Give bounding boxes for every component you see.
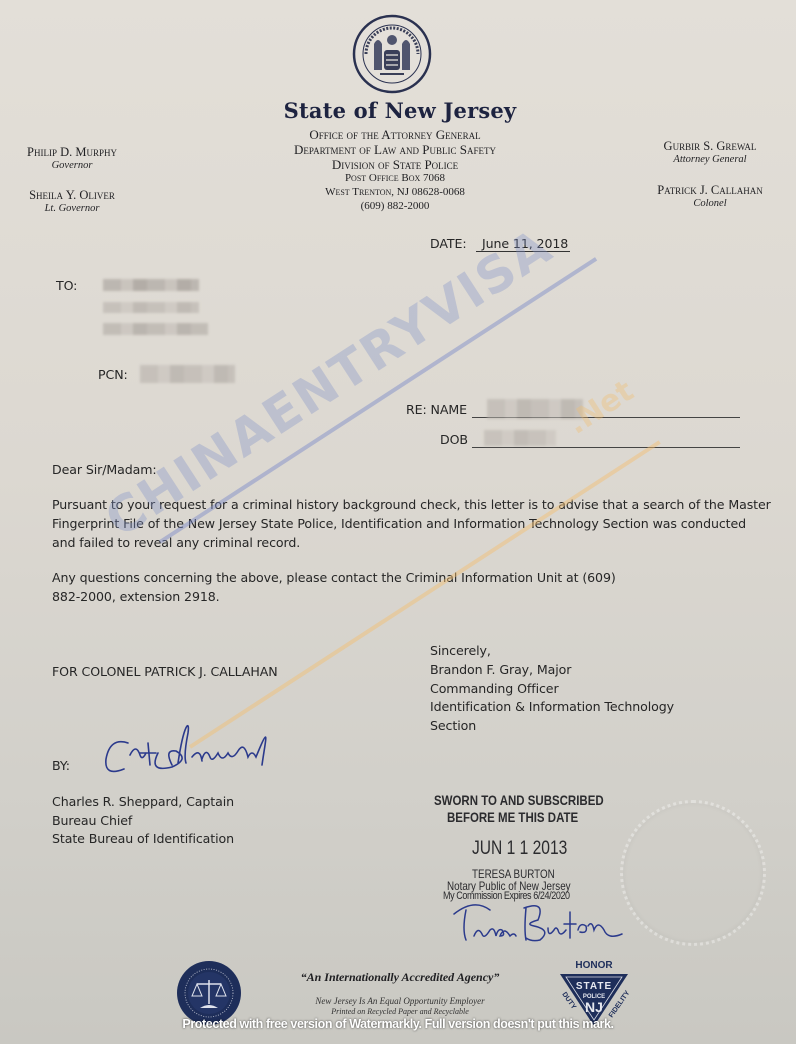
signature-block-right: Sincerely, Brandon F. Gray, Major Comman… — [430, 642, 674, 736]
re-name-label: RE: NAME — [406, 402, 467, 417]
redacted-address-line — [103, 323, 208, 335]
redacted-address-line — [103, 279, 199, 291]
official-name: Philip D. Murphy — [12, 145, 132, 160]
signer-unit-cont: Section — [430, 717, 674, 736]
notary-date: JUN 1 1 2013 — [472, 838, 567, 860]
office-name: Office of the Attorney General — [245, 127, 545, 143]
official-title: Attorney General — [640, 154, 780, 165]
redacted-address-line — [103, 302, 199, 313]
department-name: Department of Law and Public Safety — [245, 142, 545, 158]
official-name: Patrick J. Callahan — [640, 183, 780, 198]
watermark-suffix: .Net — [561, 373, 640, 441]
official-governor: Philip D. Murphy Governor — [12, 145, 132, 171]
dob-underline — [472, 447, 740, 448]
signer-name: Charles R. Sheppard, Captain — [52, 793, 234, 812]
signer-unit: State Bureau of Identification — [52, 830, 234, 849]
sheppard-signature-icon — [100, 715, 310, 785]
paragraph-line: Any questions concerning the above, plea… — [52, 568, 792, 587]
footer-accreditation: “An Internationally Accredited Agency” — [260, 970, 540, 985]
official-title: Governor — [12, 160, 132, 171]
signature-block-left: Charles R. Sheppard, Captain Bureau Chie… — [52, 793, 234, 849]
state-title: State of New Jersey — [250, 98, 550, 123]
redacted-pcn — [140, 365, 235, 383]
official-title: Lt. Governor — [12, 203, 132, 214]
official-name: Sheila Y. Oliver — [12, 188, 132, 203]
division-name: Division of State Police — [245, 157, 545, 173]
notary-sworn-line: SWORN TO AND SUBSCRIBED — [434, 792, 604, 808]
signer-title: Commanding Officer — [430, 680, 674, 699]
svg-text:STATE: STATE — [576, 981, 612, 992]
signer-unit: Identification & Information Technology — [430, 698, 674, 717]
burton-signature-icon — [448, 898, 623, 946]
official-attorney-general: Gurbir S. Grewal Attorney General — [640, 139, 780, 165]
official-name: Gurbir S. Grewal — [640, 139, 780, 154]
po-box: Post Office Box 7068 — [245, 172, 545, 184]
paragraph-line: and failed to reveal any criminal record… — [52, 533, 792, 552]
pcn-label: PCN: — [98, 367, 128, 382]
date-label: DATE: — [430, 236, 467, 251]
to-label: TO: — [56, 278, 77, 293]
official-title: Colonel — [640, 198, 780, 209]
dob-label: DOB — [440, 432, 468, 447]
notary-emboss-seal — [620, 800, 766, 946]
watermarkly-overlay-note: Protected with free version of Watermark… — [0, 1017, 796, 1031]
footer-recycled-statement: Printed on Recycled Paper and Recyclable — [260, 1007, 540, 1016]
notary-before-line: BEFORE ME THIS DATE — [447, 809, 578, 825]
svg-text:NJ: NJ — [585, 999, 603, 1015]
redacted-dob — [484, 430, 556, 446]
paragraph-contact: Any questions concerning the above, plea… — [52, 568, 792, 606]
closing: Sincerely, — [430, 642, 674, 661]
official-lt-governor: Sheila Y. Oliver Lt. Governor — [12, 188, 132, 214]
svg-text:HONOR: HONOR — [575, 960, 613, 971]
signer-name: Brandon F. Gray, Major — [430, 661, 674, 680]
by-label: BY: — [52, 758, 70, 773]
city-address: West Trenton, NJ 08628-0068 — [245, 186, 545, 198]
official-colonel: Patrick J. Callahan Colonel — [640, 183, 780, 209]
office-phone: (609) 882-2000 — [245, 200, 545, 212]
for-colonel-line: FOR COLONEL PATRICK J. CALLAHAN — [52, 664, 278, 679]
nj-great-seal-icon — [352, 14, 432, 94]
signer-title: Bureau Chief — [52, 812, 234, 831]
footer-eoe-statement: New Jersey Is An Equal Opportunity Emplo… — [260, 996, 540, 1006]
